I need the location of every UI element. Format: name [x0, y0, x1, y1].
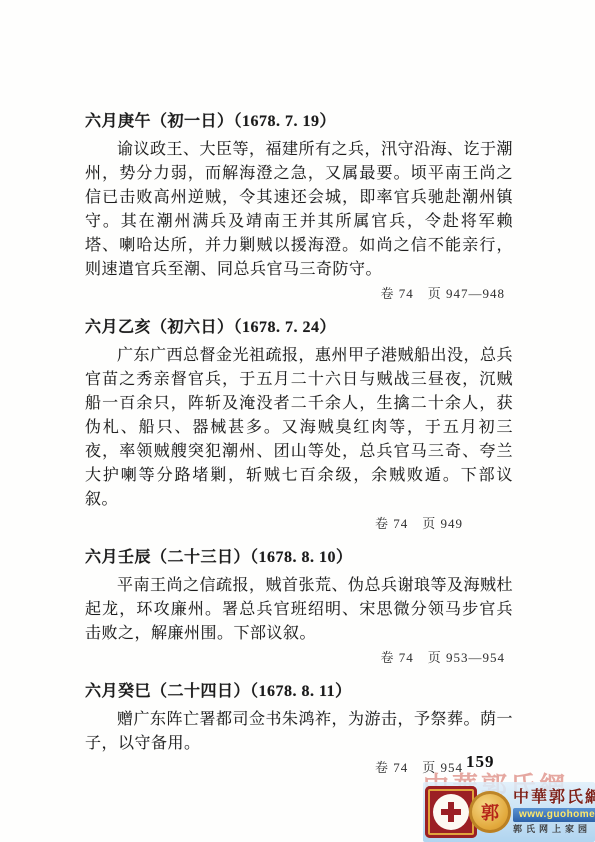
text-content: 六月庚午（初一日）（1678. 7. 19） 谕议政王、大臣等，福建所有之兵，汛… — [85, 112, 513, 792]
entry-source-ref: 卷 74 页 947—948 — [85, 286, 513, 302]
diary-entry: 六月乙亥（初六日）（1678. 7. 24） 广东广西总督金光祖疏报，惠州甲子港… — [85, 318, 513, 532]
document-page: 六月庚午（初一日）（1678. 7. 19） 谕议政王、大臣等，福建所有之兵，汛… — [0, 0, 595, 842]
watermark-text-column: 中華郭氏網 www.guohome.org 郭氏网上家园 — [513, 789, 595, 835]
entry-body: 平南王尚之信疏报，贼首张荒、伪总兵谢琅等及海贼杜起龙，环攻廉州。署总兵官班绍明、… — [85, 574, 513, 646]
entry-heading: 六月乙亥（初六日）（1678. 7. 24） — [85, 318, 513, 338]
diary-entry: 六月壬辰（二十三日）（1678. 8. 10） 平南王尚之信疏报，贼首张荒、伪总… — [85, 548, 513, 666]
watermark-panel: 郭 中華郭氏網 www.guohome.org 郭氏网上家园 — [423, 782, 595, 842]
entry-body: 赠广东阵亡署都司佥书朱鸿祚，为游击，予祭葬。荫一子，以守备用。 — [85, 708, 513, 756]
diary-entry: 六月庚午（初一日）（1678. 7. 19） 谕议政王、大臣等，福建所有之兵，汛… — [85, 112, 513, 302]
diary-entry: 六月癸巳（二十四日）（1678. 8. 11） 赠广东阵亡署都司佥书朱鸿祚，为游… — [85, 682, 513, 776]
entry-body: 广东广西总督金光祖疏报，惠州甲子港贼船出没，总兵官苗之秀亲督官兵，于五月二十六日… — [85, 344, 513, 512]
watermark-url: www.guohome.org — [513, 808, 595, 822]
entry-heading: 六月庚午（初一日）（1678. 7. 19） — [85, 112, 513, 132]
gold-medallion-icon: 郭 — [469, 791, 511, 833]
entry-heading: 六月壬辰（二十三日）（1678. 8. 10） — [85, 548, 513, 568]
watermark-site-name: 中華郭氏網 — [513, 789, 595, 807]
seal-cross-emblem-icon — [441, 802, 461, 822]
entry-source-ref: 卷 74 页 953—954 — [85, 650, 513, 666]
entry-source-ref: 卷 74 页 949 — [85, 516, 513, 532]
entry-heading: 六月癸巳（二十四日）（1678. 8. 11） — [85, 682, 513, 702]
watermark-guohome: 中華郭氏網 郭 中華郭氏網 www.guohome.org 郭氏网上家园 — [423, 782, 595, 842]
seal-inner-circle — [433, 794, 469, 830]
watermark-tagline: 郭氏网上家园 — [513, 824, 591, 835]
entry-body: 谕议政王、大臣等，福建所有之兵，汛守沿海、讫于潮州，势分力弱，而解海澄之急，又属… — [85, 138, 513, 282]
